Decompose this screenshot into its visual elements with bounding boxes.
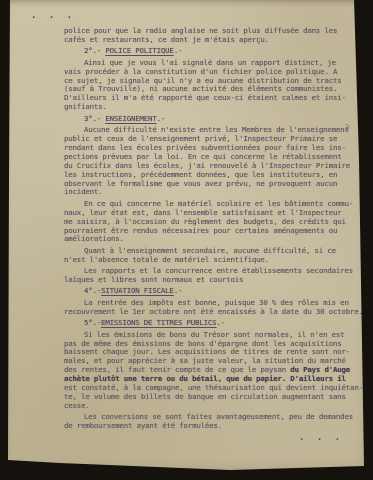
paragraph-continuation: police pour que la radio anglaise ne soi… [64, 27, 367, 45]
document-body: police pour que la radio anglaise ne soi… [64, 27, 367, 434]
section-heading-enseignement: 3°.- ENSEIGNEMENT.- [84, 115, 367, 124]
section-number: 5°.- [84, 318, 101, 327]
section-number: 4°.- [84, 286, 101, 295]
paragraph: La rentrée des impôts est bonne, puisque… [64, 299, 367, 317]
section-title: EMISSIONS DE TITRES PUBLICS [101, 318, 216, 327]
section-suffix: .- [157, 114, 166, 123]
paragraph: En ce qui concerne le matériel scolaire … [64, 200, 367, 245]
paragraph: Quant à l'enseignement secondaire, aucun… [64, 247, 367, 265]
section-title: SITUATION FISCALE [101, 286, 174, 295]
page-marker-top: . . . [31, 11, 76, 21]
paragraph: Aucune difficulté n'existe entre les Mem… [64, 126, 367, 197]
section-heading-situation-fiscale: 4°.-SITUATION FISCALE.- [84, 287, 367, 296]
section-title: POLICE POLITIQUE [105, 46, 173, 55]
document-page: . . . police pour que la radio anglaise … [0, 0, 373, 480]
scanned-document-view: . . . police pour que la radio anglaise … [0, 0, 373, 480]
page-marker-bottom: . . . [299, 433, 344, 443]
section-suffix: .- [174, 46, 183, 55]
paragraph: Les rapports et la concurrence entre éta… [64, 267, 367, 285]
section-title: ENSEIGNEMENT [105, 114, 156, 123]
section-suffix: .- [216, 318, 225, 327]
paragraph: Les conversions se sont faites avantageu… [64, 413, 367, 431]
section-number: 2°.- [84, 46, 105, 55]
section-number: 3°.- [84, 114, 105, 123]
paragraph: Si les émissions de bons du Trésor sont … [64, 331, 367, 411]
section-heading-police-politique: 2°.- POLICE POLITIQUE.- [84, 47, 367, 56]
paragraph: Ainsi que je vous l'ai signalé dans un r… [64, 59, 367, 112]
section-heading-emissions-titres: 5°.-EMISSIONS DE TITRES PUBLICS.- [84, 319, 367, 328]
section-suffix: .- [174, 286, 183, 295]
paragraph-segment: est constaté, à la campagne, une thésaur… [64, 383, 363, 410]
